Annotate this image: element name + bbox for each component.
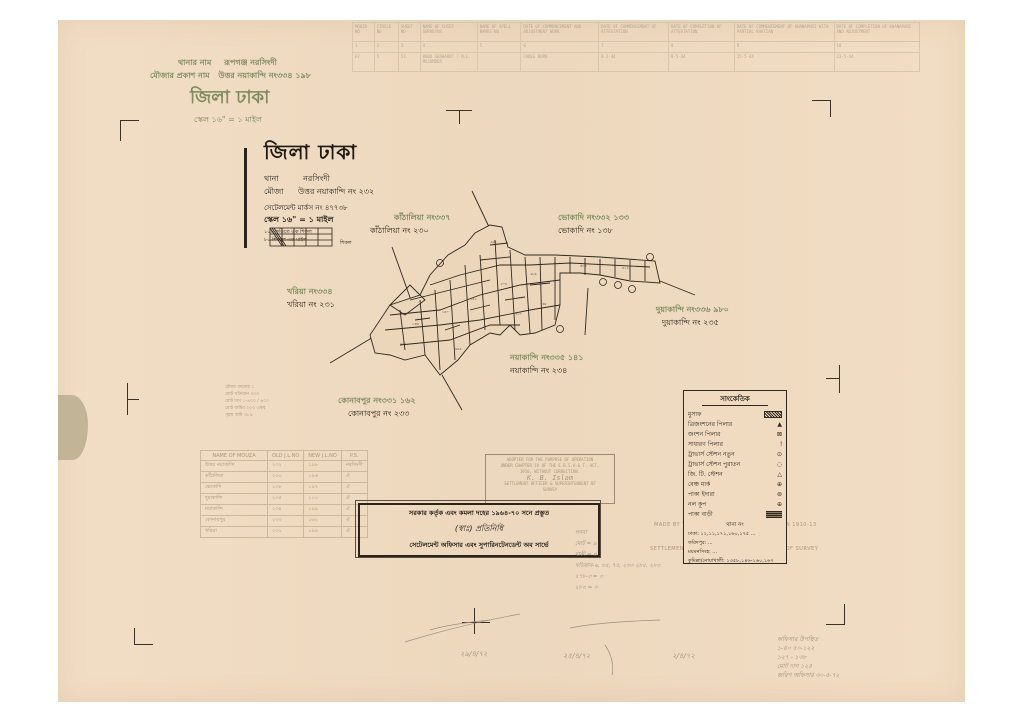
index-cell: 9	[734, 41, 834, 53]
data-cell: BABU GERHARDT / M.L. MAJUMDER	[420, 53, 477, 72]
pencil-strokes	[400, 600, 720, 680]
legend-item: ট্রাভার্স স্টেশন নতুন⊙	[684, 449, 786, 459]
pucca-house-icon	[766, 511, 782, 518]
cell: উত্তর নয়াকান্দি	[201, 461, 268, 472]
legend-box: সাংকেতিক মুসাফ ত্রিজংশনের পিলার▲ জংশন পি…	[683, 390, 787, 564]
area-note: মোট জমির ২০৩ একর	[225, 405, 269, 412]
legend-item: সাধারণ পিলারǃ	[684, 439, 786, 449]
svg-text:৭৩৮: ৭৩৮	[540, 302, 548, 306]
svg-text:৭১০: ৭১০	[515, 312, 523, 316]
legend-item: ত্রিজংশনের পিলার▲	[684, 419, 786, 429]
faint-district: জিলা ঢাকা	[150, 83, 360, 114]
index-cell: 7	[599, 41, 669, 53]
table-row: কোনাবপুর২৩৩১৬২ঐ	[201, 516, 368, 527]
crop-mark-right-center-tick	[826, 378, 840, 379]
faint-thana-value: রূপগঞ্জ নরসিংদী	[224, 58, 277, 67]
svg-text:১৪০: ১৪০	[442, 310, 450, 314]
header-col: NAME OF SPELL NAMES NO	[477, 23, 521, 42]
header-col: DATE OF COMMENCEMENT AND ADJUSTMENT WORK	[521, 23, 599, 42]
pencil-notes-tally: গণনা মোট = ৯ বাকী = ৩ খতিয়ান-৬, ৩৫, ৭৫,…	[575, 528, 660, 594]
table-row: কাঁঠালিয়া২৩০১৯৬ঐ	[201, 472, 368, 483]
pencil-note: বাকী = ৩	[575, 550, 660, 561]
table-row: উত্তর নয়াকান্দি২৩২১৯৮নরসিংদী	[201, 461, 368, 472]
mouza-jl-table: NAME OF MOUZA OLD J.L.NO NEW J.L.NO P.S.…	[200, 450, 368, 538]
data-cell: 8-5-44	[668, 53, 734, 72]
legend-item: পাকা বাড়ী	[684, 509, 786, 519]
header-col: NAME OF CHIEF SURVEYOR	[420, 23, 477, 42]
cell: ২৩৫	[268, 494, 304, 505]
cell: ঐ	[341, 472, 367, 483]
legend-footer-line: ঢাকা: ১২,১১,১৭১,১৬০,১৭৫ ...	[684, 530, 786, 539]
thana-label: থানা	[264, 174, 279, 183]
neighbor-faint-label: খরিয়া নং৩৩৪	[287, 286, 335, 299]
cell: ১৯৪	[304, 527, 342, 538]
faint-mouza-value: উত্তর নয়াকান্দি নং৩৩৪ ১৯৮	[218, 71, 311, 80]
index-cell: 5	[477, 41, 521, 53]
index-cell: 4	[420, 41, 477, 53]
area-note: মৌজা বদলের ১	[225, 384, 269, 391]
table-header: OLD J.L.NO	[268, 451, 304, 461]
legend-item: নল কূপ⊕	[684, 499, 786, 509]
area-notes: মৌজা বদলের ১ মোট খতিয়ান ৩০৩ মোট দাগ ১-৪…	[225, 384, 269, 419]
pucca-well-icon: ⊚	[777, 491, 782, 498]
adoption-line: SURVEY	[486, 487, 614, 493]
cell: ১৯৬	[304, 472, 342, 483]
table-header: P.S.	[341, 451, 367, 461]
legend-label: পাকা বাড়ী	[688, 509, 713, 520]
neighbor-label: কোনাবপুর নং ২৩৩	[338, 408, 416, 421]
pencil-note: ১২৭ - ১৩৮	[777, 653, 839, 662]
index-cell: 8	[668, 41, 734, 53]
pencil-note: ১-৪০ ৫০-১২২	[777, 644, 839, 653]
header-col: DATE OF COMMENCEMENT OF KHANAPURI WITH P…	[734, 23, 834, 42]
faint-scale: স্কেল ১৬" = ১ মাইল	[150, 114, 360, 127]
legend-footer-title: থানা নং	[684, 522, 786, 530]
svg-text:৬৪৫: ৬৪৫	[455, 347, 463, 351]
common-pillar-icon: ǃ	[780, 441, 782, 448]
legend-item: ট্রাভার্স স্টেশন পুরাতন◌	[684, 459, 786, 469]
index-cell: 10	[834, 41, 919, 53]
neighbor-mouza-khariya: খরিয়া নং৩৩৪ খরিয়া নং ২৩১	[287, 286, 335, 312]
settlement-stamp: সরকার কর্তৃক এবং কমলা দহের ১৯৬৪-৭০ সনে প…	[358, 503, 600, 557]
faint-mouza-label: মৌজার প্রকাশ নাম	[150, 71, 210, 80]
neighbor-label: ভোকাদি নং ১৩৮	[558, 225, 629, 238]
index-cell: 2	[374, 41, 398, 53]
crop-mark-top-center-stem	[459, 110, 460, 124]
neighbor-label: খরিয়া নং ২৩১	[287, 299, 335, 312]
pencil-note: অফিসার উপস্থিত	[777, 635, 839, 644]
neighbor-mouza-nayakandi: নয়াকান্দি নং৩৩৫ ১৪১ নয়াকান্দি নং ২৩৪	[510, 352, 583, 378]
bench-mark-icon: ⊕	[777, 481, 782, 488]
adoption-certificate-box: ADOPTED FOR THE PURPOSE OF OPERATION UND…	[485, 454, 615, 504]
legend-item: জি. টি. স্টেশন△	[684, 469, 786, 479]
crop-mark-top-right	[812, 100, 831, 117]
tri-junction-pillar-icon: ▲	[777, 421, 782, 428]
svg-text:৪১২: ৪১২	[622, 266, 630, 270]
cell: ১৯৯	[304, 505, 342, 516]
data-cell	[477, 53, 521, 72]
table-header: NAME OF MOUZA	[201, 451, 268, 461]
neighbor-mouza-kathalia: কাঁঠালিয়া নং৩৩৭ কাঁঠালিয়া নং ২৩০	[370, 212, 450, 238]
table-header: NEW J.L.NO	[304, 451, 342, 461]
pencil-note: জরিপ অফিসার ৩০-৫-৭২	[777, 671, 839, 680]
data-cell: 53	[398, 53, 420, 72]
index-cell: 3	[398, 41, 420, 53]
svg-text:৩১৫: ৩১৫	[580, 264, 588, 268]
data-cell: CABLE BORN	[521, 53, 599, 72]
neighbor-label: কাঁঠালিয়া নং ২৩০	[370, 225, 450, 238]
traverse-station-new-icon: ⊙	[777, 451, 782, 458]
area-note: মোট খতিয়ান ৩০৩	[225, 391, 269, 398]
cell: ২৩১	[268, 527, 304, 538]
svg-text:২০৩: ২০৩	[500, 282, 508, 286]
header-survey-table: MOUZA NO CIRCLE NO SHEET NO NAME OF CHIE…	[352, 22, 920, 72]
tube-well-icon: ⊕	[777, 501, 782, 508]
svg-text:২৮৯: ২৮৯	[530, 272, 538, 276]
neighbor-faint-label: কোনাবপুর নং৩৩১ ১৬২	[338, 395, 416, 408]
crop-mark-top-left	[120, 120, 139, 141]
cell: ১৯৭	[304, 483, 342, 494]
cell: ঐ	[341, 483, 367, 494]
svg-text:৫৬৭: ৫৬৭	[490, 240, 498, 244]
svg-text:১৩৩: ১৩৩	[412, 322, 420, 326]
cell: দুয়াকান্দি	[201, 494, 268, 505]
table-row: খরিয়া২৩১১৯৪ঐ	[201, 527, 368, 538]
area-note: মোট দাগ ১-৪০০ / ৬০০	[225, 398, 269, 405]
neighbor-label: দুয়াকান্দি নং ২৩৫	[656, 317, 729, 330]
table-row: ভোকাদি১৩৮১৯৭ঐ	[201, 483, 368, 494]
cell: ২০০	[304, 494, 342, 505]
neighbor-mouza-konabpur: কোনাবপুর নং৩৩১ ১৬২ কোনাবপুর নং ২৩৩	[338, 395, 416, 421]
neighbor-mouza-duyakandi: দুয়াকান্দি নং৩৩৬ ৯৮০ দুয়াকান্দি নং ২৩৫	[656, 304, 729, 330]
cell: ভোকাদি	[201, 483, 268, 494]
pencil-note: গণনা	[575, 528, 660, 539]
mouza-label: মৌজা	[264, 187, 283, 196]
stamp-signature: (স্বাঃ) প্রতিনিধি	[360, 523, 598, 536]
pencil-notes-summary: অফিসার উপস্থিত ১-৪০ ৫০-১২২ ১২৭ - ১৩৮ মোট…	[777, 635, 839, 680]
header-col: DATE OF COMPLETION OF KHANAPURI AND ADJU…	[834, 23, 919, 42]
pencil-note: মোট দাগ ১২৪	[777, 662, 839, 671]
cell: ২৩০	[268, 472, 304, 483]
header-col: MOUZA NO	[353, 23, 375, 42]
table-row: দুয়াকান্দি২৩৫২০০ঐ	[201, 494, 368, 505]
crop-mark-right-center	[839, 365, 840, 393]
cell: ১৩৮	[268, 483, 304, 494]
pencil-note: খতিয়ান-৬, ৩৫, ৭৫, ২৩৩ ২৮৫, ২৮৩	[575, 561, 660, 572]
pencil-note: মোট = ৯	[575, 539, 660, 550]
legend-title: সাংকেতিক	[702, 393, 768, 406]
district-title: জিলা ঢাকা	[246, 138, 456, 171]
data-cell: 5	[374, 53, 398, 72]
table-row: নয়াকান্দি২৩৪১৯৯ঐ	[201, 505, 368, 516]
cell: খরিয়া	[201, 527, 268, 538]
svg-text:১৫২: ১৫২	[470, 297, 478, 301]
data-cell: 8-2-44	[599, 53, 669, 72]
faint-title-block: থানার নাম রূপগঞ্জ নরসিংদী মৌজার প্রকাশ ন…	[150, 57, 360, 127]
cell: ২৩৩	[268, 516, 304, 527]
gt-station-icon: △	[777, 471, 782, 478]
neighbor-label: নয়াকান্দি নং ২৩৪	[510, 365, 583, 378]
area-note: গৃহস্থ জমি ৩৮৯	[225, 412, 269, 419]
neighbor-faint-label: ভোকাদি নং৩৩২ ১৩৩	[558, 212, 629, 225]
stamp-line-1: সরকার কর্তৃক এবং কমলা দহের ১৯৬৪-৭০ সনে প…	[360, 508, 598, 519]
cell: ১৬২	[304, 516, 342, 527]
hatched-bar-icon	[764, 411, 782, 418]
legend-footer-line: কুমিল্লা/নোয়াখালী: ১৩৫৮,১৪৬-১৬০,১৬৭	[684, 557, 786, 566]
index-cell: 1	[353, 41, 375, 53]
legend-item: পাকা ইদারা⊚	[684, 489, 786, 499]
legend-footer-line: ফরিদপুর: ...	[684, 539, 786, 548]
cell: কোনাবপুর	[201, 516, 268, 527]
pencil-note: ৫৭৮-৩ = ৩	[575, 572, 660, 583]
crop-mark-bottom-right	[826, 604, 845, 625]
legend-footer-line: ময়মনসিংহ: ...	[684, 548, 786, 557]
thana-value: নরসিংদী	[303, 174, 330, 183]
header-col: DATE OF COMPLETION OF ATTESTATION	[668, 23, 734, 42]
header-col: SHEET NO	[398, 23, 420, 42]
crop-mark-left-center-tick	[127, 399, 139, 400]
legend-item: মুসাফ	[684, 409, 786, 419]
index-cell: 6	[521, 41, 599, 53]
cell: ১৯৮	[304, 461, 342, 472]
header-col: DATE OF COMMENCEMENT OF ATTESTATION	[599, 23, 669, 42]
traverse-station-old-icon: ◌	[777, 461, 782, 468]
junction-pillar-icon: ⊠	[777, 431, 782, 438]
cell: ২৩২	[268, 461, 304, 472]
data-cell: 15-5-44	[734, 53, 834, 72]
cell: নরসিংদী	[341, 461, 367, 472]
legend-item: বেঞ্চ মার্ক⊕	[684, 479, 786, 489]
cell: নয়াকান্দি	[201, 505, 268, 516]
neighbor-mouza-bhokadi: ভোকাদি নং৩৩২ ১৩৩ ভোকাদি নং ১৩৮	[558, 212, 629, 238]
title-block-bracket	[244, 148, 251, 248]
data-cell: 23-5-44	[834, 53, 919, 72]
header-col: CIRCLE NO	[374, 23, 398, 42]
svg-text:৬০১: ৬০১	[400, 342, 408, 346]
neighbor-faint-label: দুয়াকান্দি নং৩৩৬ ৯৮০	[656, 304, 729, 317]
cell: ২৩৪	[268, 505, 304, 516]
stamp-line-2: সেটেলমেন্ট অফিসার এবং সুপারিনটেনডেন্ট অব…	[360, 540, 598, 551]
faint-thana-label: থানার নাম	[178, 58, 211, 67]
pencil-note: ২৮৩ = ৩	[575, 583, 660, 594]
cell: কাঁঠালিয়া	[201, 472, 268, 483]
neighbor-faint-label: নয়াকান্দি নং৩৩৫ ১৪১	[510, 352, 583, 365]
crop-mark-bottom-left	[134, 628, 153, 645]
neighbor-faint-label: কাঁঠালিয়া নং৩৩৭	[370, 212, 450, 225]
legend-item: জংশন পিলার⊠	[684, 429, 786, 439]
